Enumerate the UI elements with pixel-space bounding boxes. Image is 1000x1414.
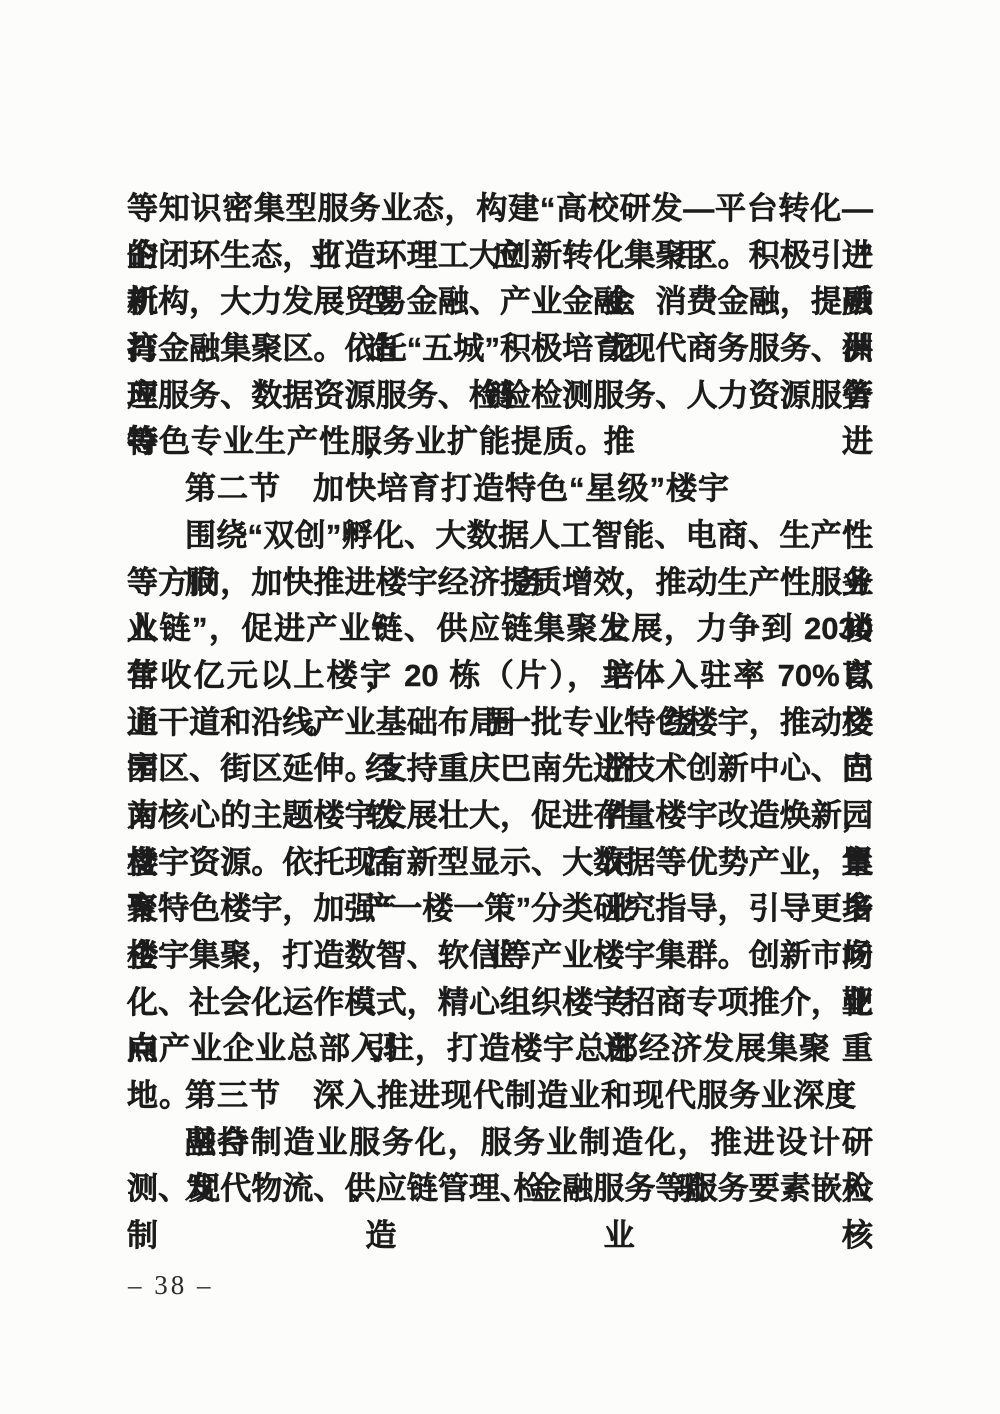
text-line: 机构，大力发展贸易金融、产业金融、消费金融，提质打造龙洲: [127, 279, 873, 326]
text-line: 湾金融集聚区。依托“五城”积极培育现代商务服务、供应链管: [127, 326, 873, 373]
section-3-heading: 第三节 深入推进现代制造业和现代服务业深度融合: [127, 1073, 873, 1120]
text-line: 等方向，加快推进楼宇经济提质增效，推动生产性服务业“上楼: [127, 560, 873, 607]
text-line: 坚持制造业服务化，服务业制造化，推进设计研发、检验检: [127, 1120, 873, 1167]
document-page: 等知识密集型服务业态，构建“高校研发—平台转化—企业应用” 的闭环生态，打造环理…: [0, 0, 1000, 1414]
text-line: 楼宇资源。依托现有新型显示、大数据等优势产业，集聚产业培: [127, 840, 873, 887]
text-line: 营收亿元以上楼宇 20 栋（片），主体入驻率 70%以上。围绕交: [127, 653, 873, 700]
section-2-heading: 第二节 加快培育打造特色“星级”楼宇: [127, 466, 873, 513]
text-line: 化、社会化运作模式，精心组织楼宇招商专项推介，靶向引进重: [127, 980, 873, 1027]
text-line: 等知识密集型服务业态，构建“高校研发—平台转化—企业应用”: [127, 186, 873, 233]
text-line: 入链”，促进产业链、供应链集聚发展，力争到 2030 年，培育: [127, 606, 873, 653]
text-line: 围绕“双创”孵化、大数据人工智能、电商、生产性服务业: [127, 513, 873, 560]
text-line: 点产业企业总部入驻，打造楼宇总部经济发展集聚地。: [127, 1026, 873, 1073]
text-line: 的闭环生态，打造环理工大创新转化集聚区。积极引进新型金融: [127, 233, 873, 280]
page-number: – 38 –: [128, 1270, 214, 1301]
text-line: 楼宇集聚，打造数智、软信等产业楼宇集群。创新市场化、专业: [127, 933, 873, 980]
text-block: 等知识密集型服务业态，构建“高校研发—平台转化—企业应用” 的闭环生态，打造环理…: [127, 186, 873, 1213]
text-line: 育特色楼宇，加强“一楼一策”分类研究指导，引导更多企业向: [127, 886, 873, 933]
text-line: 园区、街区延伸。支持重庆巴南先进技术创新中心、巴南软件园: [127, 746, 873, 793]
text-line: 理服务、数据资源服务、检验检测服务、人力资源服务等，推进: [127, 373, 873, 420]
text-line: 为核心的主题楼宇发展壮大，促进存量楼宇改造焕新，盘活闲置: [127, 793, 873, 840]
text-line: 测、现代物流、供应链管理、金融服务等服务要素嵌入制造业核: [127, 1166, 873, 1213]
text-line: 通干道和沿线产业基础布局一批专业特色楼宇，推动楼宇经济向: [127, 700, 873, 747]
